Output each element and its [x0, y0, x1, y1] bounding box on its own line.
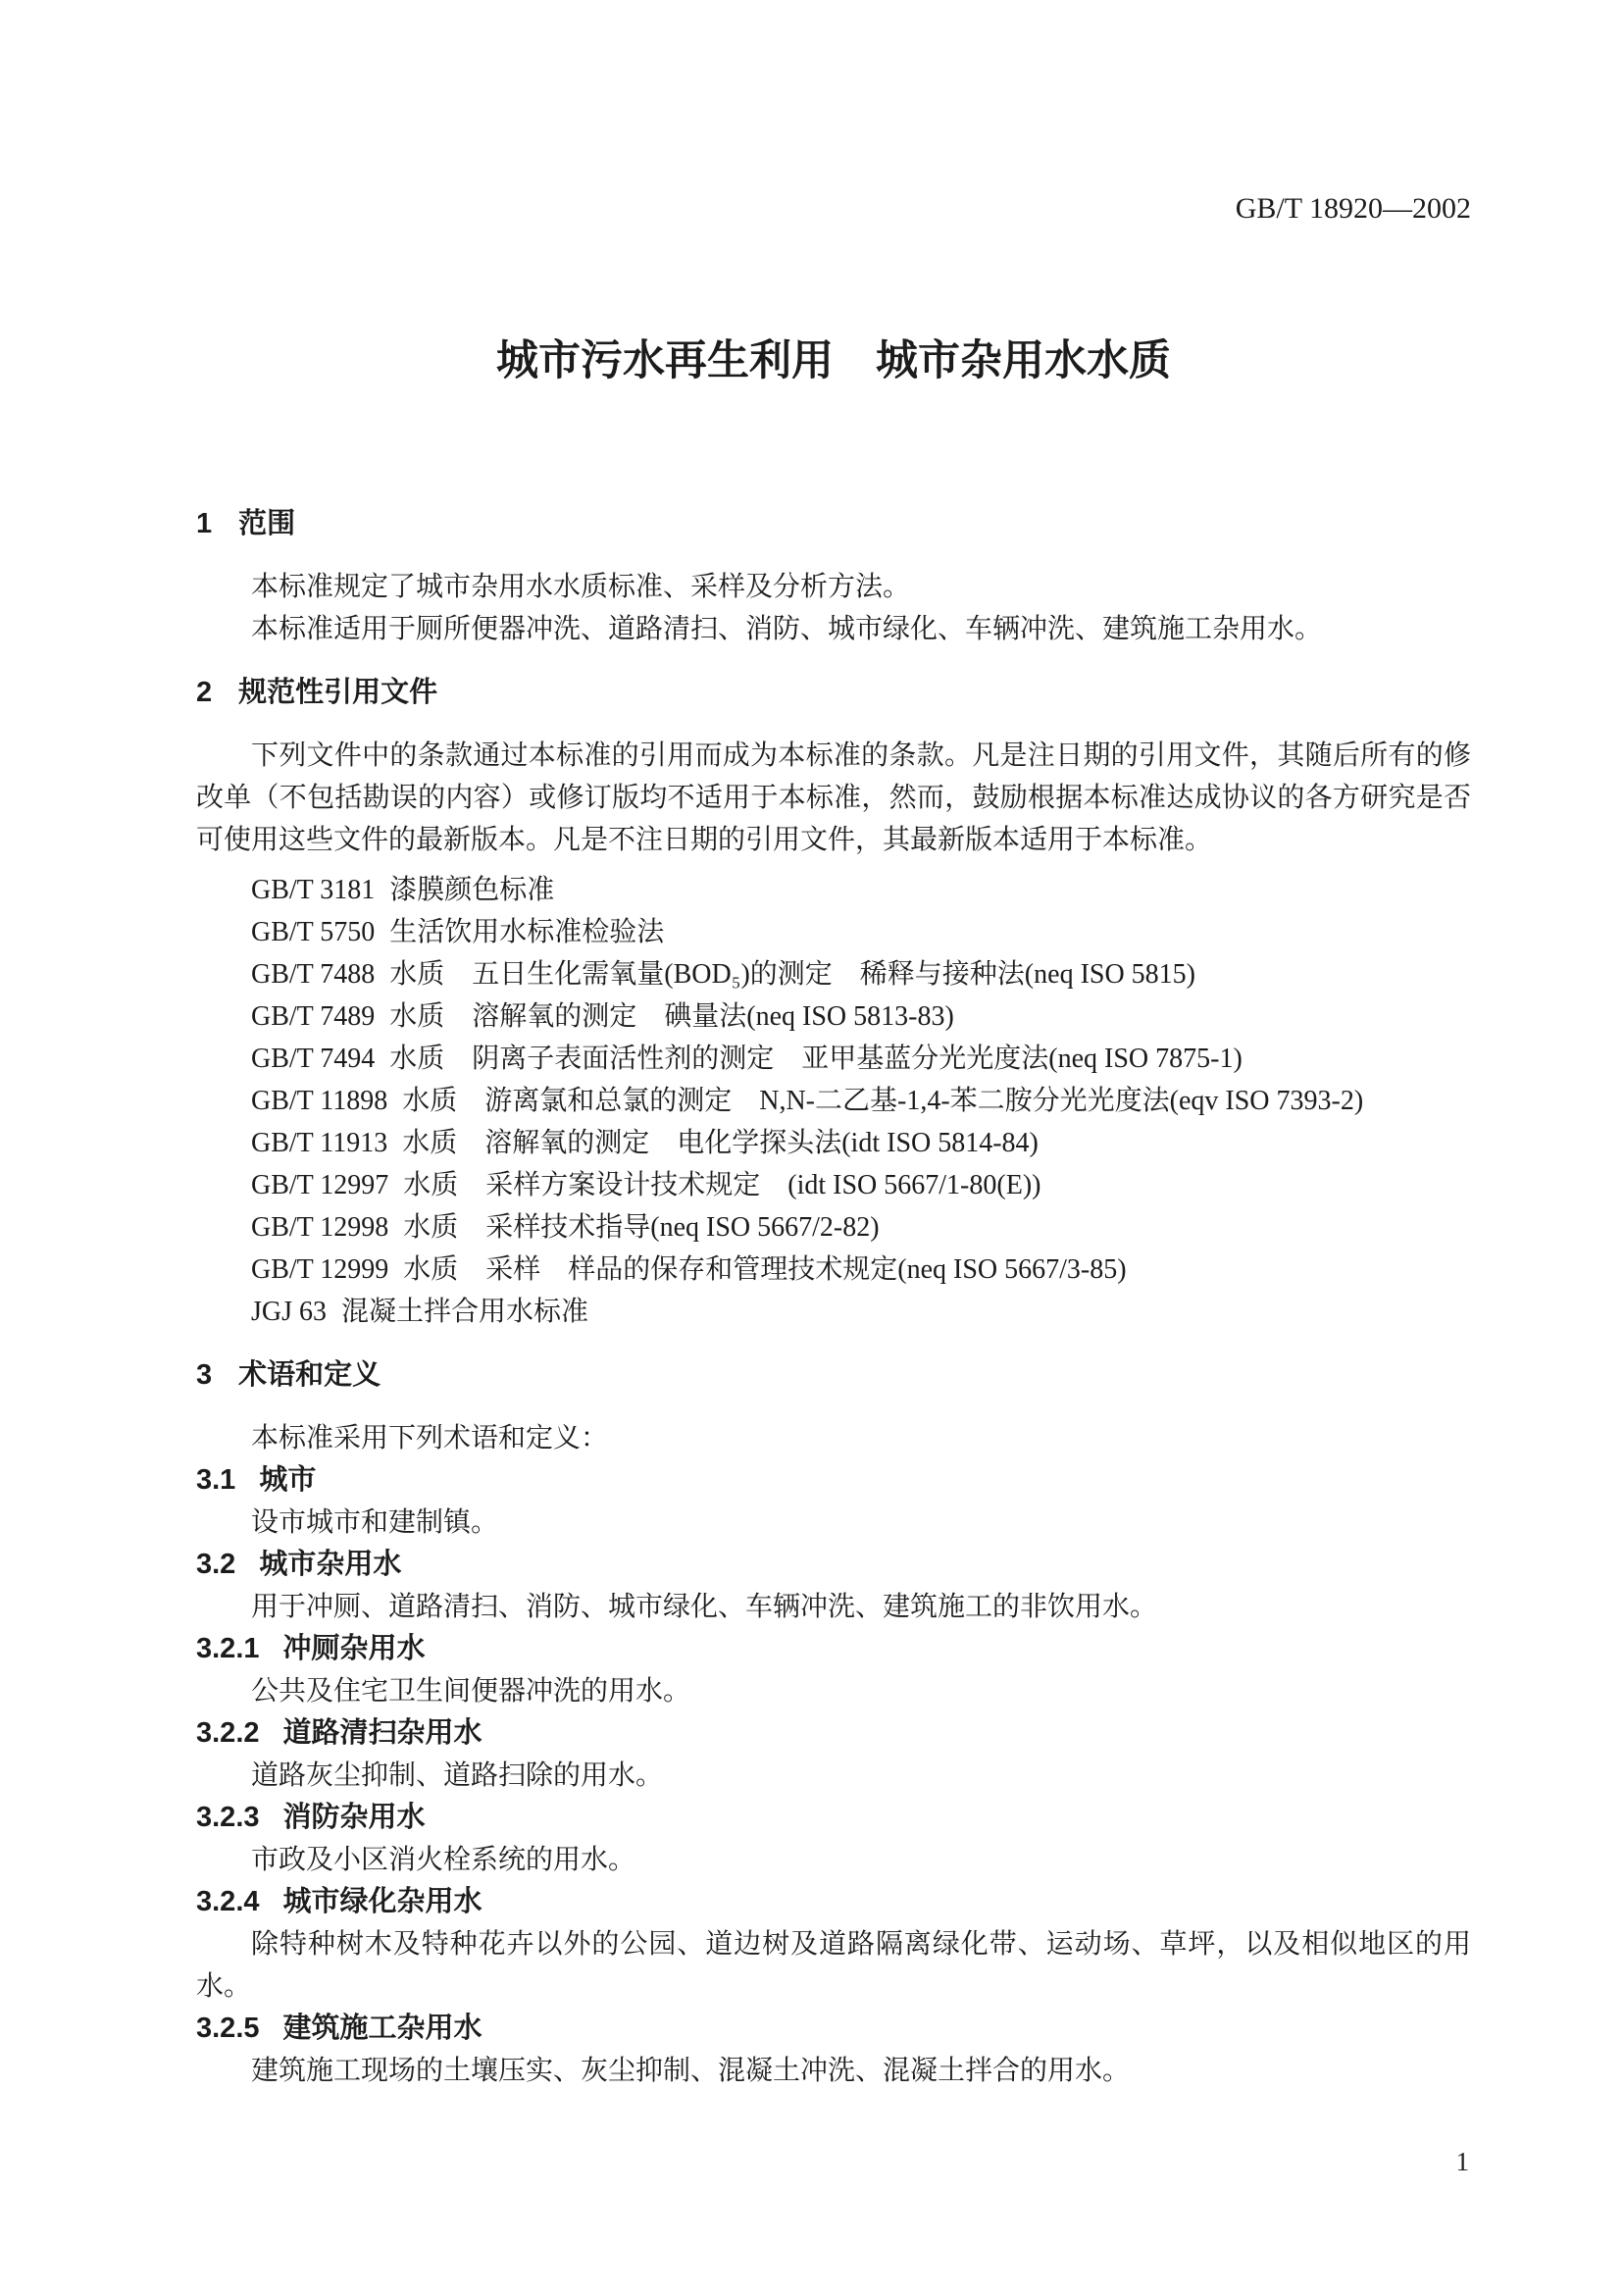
term-title: 道路清扫杂用水: [283, 1717, 482, 1749]
reference-list: GB/T 3181漆膜颜色标准 GB/T 5750生活饮用水标准检验法 GB/T…: [196, 869, 1471, 1333]
term-title: 城市: [259, 1464, 316, 1496]
term-number: 3.2.3: [196, 1802, 260, 1833]
term-definition: 除特种树木及特种花卉以外的公园、道边树及道路隔离绿化带、运动场、草坪，以及相似地…: [196, 1923, 1471, 2008]
reference-code: GB/T 3181: [251, 875, 375, 905]
reference-item: GB/T 7489水质 溶解氧的测定 碘量法(neq ISO 5813-83): [196, 995, 1471, 1038]
reference-code: JGJ 63: [251, 1297, 327, 1327]
reference-item: GB/T 12998水质 采样技术指导(neq ISO 5667/2-82): [196, 1206, 1471, 1249]
term-heading: 3.2.5建筑施工杂用水: [196, 2008, 1471, 2050]
reference-title: 生活饮用水标准检验法: [389, 917, 664, 947]
section-title: 术语和定义: [238, 1359, 381, 1391]
reference-title: 水质 游离氯和总氯的测定 N,N-二乙基-1,4-苯二胺分光光度法(eqv IS…: [402, 1086, 1363, 1116]
term-number: 3.1: [196, 1464, 235, 1496]
page-number: 1: [196, 2146, 1469, 2177]
term-entry: 3.2.5建筑施工杂用水 建筑施工现场的土壤压实、灰尘抑制、混凝土冲洗、混凝土拌…: [196, 2008, 1471, 2092]
reference-code: GB/T 7494: [251, 1044, 375, 1074]
reference-item: GB/T 11913水质 溶解氧的测定 电化学探头法(idt ISO 5814-…: [196, 1122, 1471, 1164]
reference-code: GB/T 7488: [251, 959, 375, 990]
term-heading: 3.2.3消防杂用水: [196, 1797, 1471, 1839]
reference-item: GB/T 3181漆膜颜色标准: [196, 869, 1471, 911]
term-definition: 市政及小区消火栓系统的用水。: [196, 1839, 1471, 1881]
section-number: 2: [196, 677, 212, 708]
paragraph: 本标准适用于厕所便器冲洗、道路清扫、消防、城市绿化、车辆冲洗、建筑施工杂用水。: [196, 608, 1471, 650]
section-2-heading: 2规范性引用文件: [196, 672, 1471, 714]
term-title: 建筑施工杂用水: [283, 2013, 482, 2044]
reference-code: GB/T 11898: [251, 1086, 387, 1116]
reference-title: 水质 溶解氧的测定 碘量法(neq ISO 5813-83): [389, 1001, 954, 1032]
term-title: 城市杂用水: [259, 1549, 401, 1580]
term-number: 3.2: [196, 1549, 235, 1580]
term-definition: 公共及住宅卫生间便器冲洗的用水。: [196, 1670, 1471, 1712]
term-number: 3.2.2: [196, 1717, 260, 1749]
standard-code: GB/T 18920—2002: [196, 192, 1471, 226]
term-definition: 建筑施工现场的土壤压实、灰尘抑制、混凝土冲洗、混凝土拌合的用水。: [196, 2050, 1471, 2092]
reference-title: 混凝土拌合用水标准: [341, 1297, 588, 1327]
term-entry: 3.2.4城市绿化杂用水 除特种树木及特种花卉以外的公园、道边树及道路隔离绿化带…: [196, 1881, 1471, 2008]
reference-title: 水质 溶解氧的测定 电化学探头法(idt ISO 5814-84): [402, 1128, 1039, 1158]
reference-item: GB/T 12997水质 采样方案设计技术规定 (idt ISO 5667/1-…: [196, 1164, 1471, 1206]
term-entry: 3.2.3消防杂用水 市政及小区消火栓系统的用水。: [196, 1797, 1471, 1881]
section-title: 规范性引用文件: [238, 677, 437, 708]
section-3-heading: 3术语和定义: [196, 1354, 1471, 1397]
section-number: 3: [196, 1359, 212, 1391]
reference-item: JGJ 63混凝土拌合用水标准: [196, 1291, 1471, 1333]
section-number: 1: [196, 508, 212, 539]
term-heading: 3.2.2道路清扫杂用水: [196, 1712, 1471, 1755]
reference-title: 水质 采样技术指导(neq ISO 5667/2-82): [403, 1212, 879, 1243]
reference-item: GB/T 11898水质 游离氯和总氯的测定 N,N-二乙基-1,4-苯二胺分光…: [196, 1080, 1471, 1122]
term-number: 3.2.1: [196, 1633, 260, 1664]
document-body: 1范围 本标准规定了城市杂用水水质标准、采样及分析方法。 本标准适用于厕所便器冲…: [196, 503, 1471, 2092]
term-number: 3.2.4: [196, 1886, 260, 1917]
reference-code: GB/T 5750: [251, 917, 375, 947]
section-3-intro: 本标准采用下列术语和定义：: [196, 1417, 1471, 1459]
term-number: 3.2.5: [196, 2013, 260, 2044]
reference-code: GB/T 7489: [251, 1001, 375, 1032]
term-entry: 3.2.1冲厕杂用水 公共及住宅卫生间便器冲洗的用水。: [196, 1628, 1471, 1712]
term-definition: 用于冲厕、道路清扫、消防、城市绿化、车辆冲洗、建筑施工的非饮用水。: [196, 1586, 1471, 1628]
term-title: 消防杂用水: [283, 1802, 426, 1833]
reference-title: 水质 采样方案设计技术规定 (idt ISO 5667/1-80(E)): [403, 1170, 1040, 1200]
reference-title: 漆膜颜色标准: [389, 875, 554, 905]
term-entry: 3.2城市杂用水 用于冲厕、道路清扫、消防、城市绿化、车辆冲洗、建筑施工的非饮用…: [196, 1544, 1471, 1628]
term-title: 城市绿化杂用水: [283, 1886, 482, 1917]
paragraph: 本标准规定了城市杂用水水质标准、采样及分析方法。: [196, 566, 1471, 608]
term-heading: 3.2.1冲厕杂用水: [196, 1628, 1471, 1670]
reference-code: GB/T 11913: [251, 1128, 387, 1158]
reference-title: 水质 阴离子表面活性剂的测定 亚甲基蓝分光光度法(neq ISO 7875-1): [389, 1044, 1243, 1074]
reference-item: GB/T 7494水质 阴离子表面活性剂的测定 亚甲基蓝分光光度法(neq IS…: [196, 1038, 1471, 1080]
document-title: 城市污水再生利用 城市杂用水水质: [196, 335, 1471, 386]
paragraph: 下列文件中的条款通过本标准的引用而成为本标准的条款。凡是注日期的引用文件，其随后…: [196, 735, 1471, 861]
term-entry: 3.2.2道路清扫杂用水 道路灰尘抑制、道路扫除的用水。: [196, 1712, 1471, 1797]
term-heading: 3.2.4城市绿化杂用水: [196, 1881, 1471, 1923]
reference-code: GB/T 12999: [251, 1254, 388, 1285]
term-heading: 3.2城市杂用水: [196, 1544, 1471, 1586]
document-page: GB/T 18920—2002 城市污水再生利用 城市杂用水水质 1范围 本标准…: [0, 0, 1624, 2294]
term-definition: 设市城市和建制镇。: [196, 1502, 1471, 1544]
reference-code: GB/T 12998: [251, 1212, 388, 1243]
term-heading: 3.1城市: [196, 1459, 1471, 1502]
section-title: 范围: [238, 508, 295, 539]
reference-item: GB/T 5750生活饮用水标准检验法: [196, 911, 1471, 953]
term-entry: 3.1城市 设市城市和建制镇。: [196, 1459, 1471, 1544]
reference-title: 水质 采样 样品的保存和管理技术规定(neq ISO 5667/3-85): [403, 1254, 1126, 1285]
reference-item: GB/T 7488水质 五日生化需氧量(BOD₅)的测定 稀释与接种法(neq …: [196, 953, 1471, 995]
reference-code: GB/T 12997: [251, 1170, 388, 1200]
term-definition: 道路灰尘抑制、道路扫除的用水。: [196, 1755, 1471, 1797]
term-title: 冲厕杂用水: [283, 1633, 426, 1664]
section-1-heading: 1范围: [196, 503, 1471, 545]
reference-item: GB/T 12999水质 采样 样品的保存和管理技术规定(neq ISO 566…: [196, 1249, 1471, 1291]
reference-title: 水质 五日生化需氧量(BOD₅)的测定 稀释与接种法(neq ISO 5815): [389, 959, 1195, 990]
